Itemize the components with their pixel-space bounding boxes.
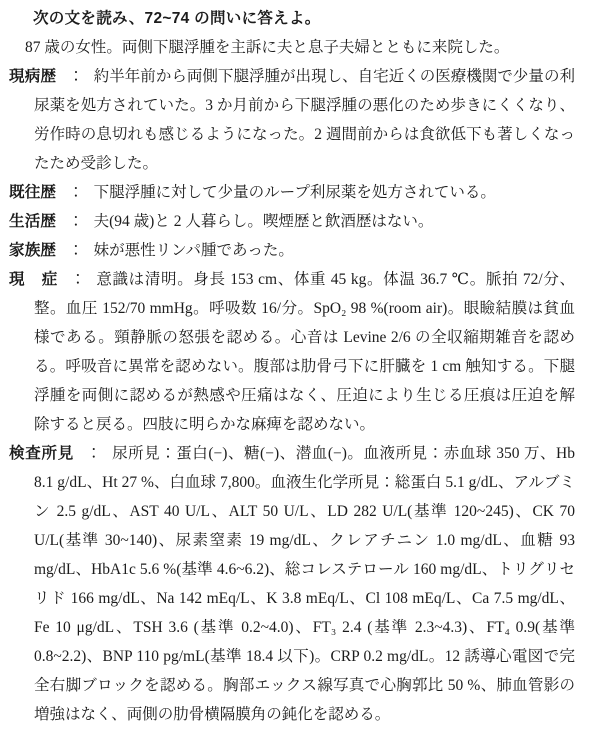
section-text: 妹が悪性リンパ腫であった。: [94, 242, 294, 259]
section-family-history: 家族歴：妹が悪性リンパ腫であった。: [9, 236, 575, 265]
section-colon: ：: [70, 271, 86, 288]
section-test-findings: 検査所見：尿所見：蛋白(−)、糖(−)、潜血(−)。血液所見：赤血球 350 万…: [9, 439, 575, 729]
section-present-status: 現 症：意識は清明。身長 153 cm、体重 45 kg。体温 36.7 ℃。脈…: [9, 265, 575, 439]
section-history-present-illness: 現病歴：約半年前から両側下腿浮腫が出現し、自宅近くの医療機関で少量の利尿薬を処方…: [9, 62, 575, 178]
section-text: 下腿浮腫に対して少量のループ利尿薬を処方されている。: [94, 184, 496, 201]
section-colon: ：: [86, 445, 102, 462]
document-page: 次の文を読み、72~74 の問いに答えよ。 87 歳の女性。両側下腿浮腫を主訴に…: [0, 0, 589, 739]
section-label: 家族歴: [9, 242, 56, 259]
section-label: 検査所見: [9, 445, 74, 462]
section-colon: ：: [68, 184, 84, 201]
section-colon: ：: [68, 242, 84, 259]
section-colon: ：: [68, 68, 84, 85]
section-text: 夫(94 歳)と 2 人暮らし。喫煙歴と飲酒歴はない。: [94, 213, 434, 230]
section-label: 現 症: [9, 271, 58, 288]
section-past-history: 既往歴：下腿浮腫に対して少量のループ利尿薬を処方されている。: [9, 178, 575, 207]
section-social-history: 生活歴：夫(94 歳)と 2 人暮らし。喫煙歴と飲酒歴はない。: [9, 207, 575, 236]
section-label: 既往歴: [9, 184, 56, 201]
section-text: 意識は清明。身長 153 cm、体重 45 kg。体温 36.7 ℃。脈拍 72…: [34, 271, 575, 433]
section-text: 約半年前から両側下腿浮腫が出現し、自宅近くの医療機関で少量の利尿薬を処方されてい…: [34, 68, 575, 172]
section-label: 現病歴: [9, 68, 56, 85]
section-label: 生活歴: [9, 213, 56, 230]
question-instruction: 次の文を読み、72~74 の問いに答えよ。: [33, 4, 575, 33]
case-intro: 87 歳の女性。両側下腿浮腫を主訴に夫と息子夫婦とともに来院した。: [25, 33, 575, 62]
section-text: 尿所見：蛋白(−)、糖(−)、潜血(−)。血液所見：赤血球 350 万、Hb 8…: [34, 445, 575, 723]
section-colon: ：: [68, 213, 84, 230]
